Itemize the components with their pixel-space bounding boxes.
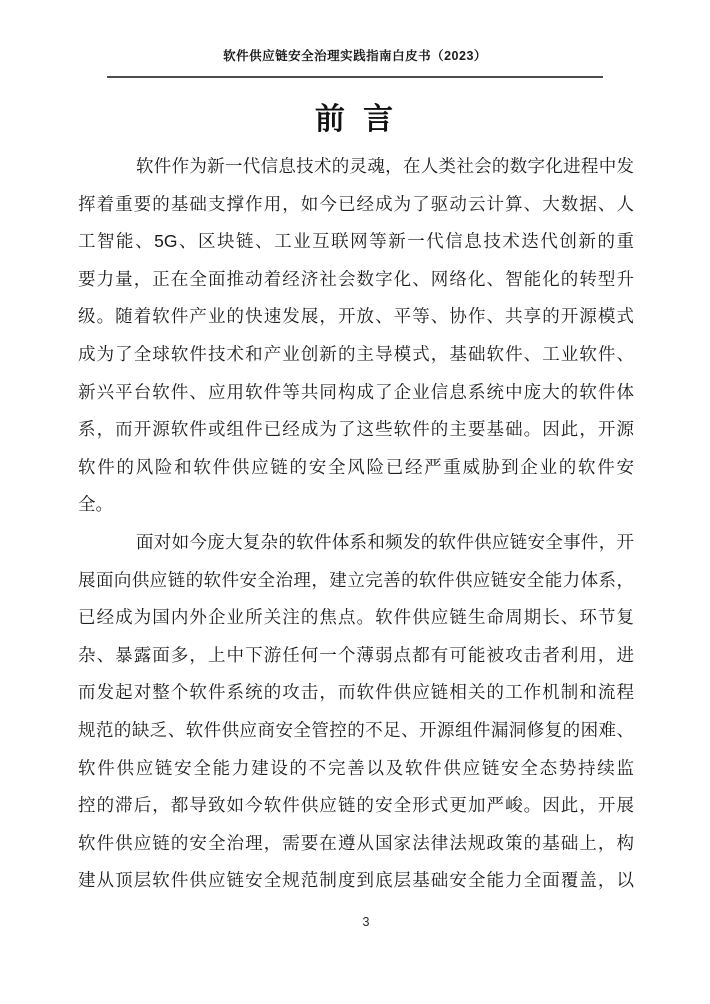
document-body: 软件作为新一代信息技术的灵魂，在人类社会的数字化进程中发挥着重要的基础支撑作用，… xyxy=(78,148,634,900)
body-line: 系，而开源软件或组件已经成为了这些软件的主要基础。因此，开源 xyxy=(78,411,634,449)
body-line: 建从顶层软件供应链安全规范制度到底层基础安全能力全面覆盖，以 xyxy=(78,862,634,900)
body-line: 软件作为新一代信息技术的灵魂，在人类社会的数字化进程中发 xyxy=(78,148,634,186)
header-title: 软件供应链安全治理实践指南白皮书（2023） xyxy=(0,46,710,64)
body-line: 杂、暴露面多，上中下游任何一个薄弱点都有可能被攻击者利用，进 xyxy=(78,637,634,675)
page-number: 3 xyxy=(22,915,710,929)
body-line: 面对如今庞大复杂的软件体系和频发的软件供应链安全事件，开 xyxy=(78,524,634,562)
body-line: 软件的风险和软件供应链的安全风险已经严重威胁到企业的软件安 xyxy=(78,449,634,487)
body-line: 级。随着软件产业的快速发展，开放、平等、协作、共享的开源模式 xyxy=(78,298,634,336)
body-line: 已经成为国内外企业所关注的焦点。软件供应链生命周期长、环节复 xyxy=(78,599,634,637)
body-line: 而发起对整个软件系统的攻击，而软件供应链相关的工作机制和流程 xyxy=(78,674,634,712)
body-line: 规范的缺乏、软件供应商安全管控的不足、开源组件漏洞修复的困难、 xyxy=(78,712,634,750)
body-line: 要力量，正在全面推动着经济社会数字化、网络化、智能化的转型升 xyxy=(78,261,634,299)
body-line: 新兴平台软件、应用软件等共同构成了企业信息系统中庞大的软件体 xyxy=(78,374,634,412)
body-line: 挥着重要的基础支撑作用，如今已经成为了驱动云计算、大数据、人 xyxy=(78,186,634,224)
body-line: 软件供应链的安全治理，需要在遵从国家法律法规政策的基础上，构 xyxy=(78,825,634,863)
body-line: 成为了全球软件技术和产业创新的主导模式，基础软件、工业软件、 xyxy=(78,336,634,374)
body-line: 全。 xyxy=(78,486,634,524)
header-rule xyxy=(107,76,603,78)
document-page: 软件供应链安全治理实践指南白皮书（2023） 前 言 软件作为新一代信息技术的灵… xyxy=(0,0,710,1004)
body-line: 控的滞后，都导致如今软件供应链的安全形式更加严峻。因此，开展 xyxy=(78,787,634,825)
body-line: 展面向供应链的软件安全治理，建立完善的软件供应链安全能力体系， xyxy=(78,562,634,600)
page-title: 前 言 xyxy=(0,94,710,138)
body-line: 软件供应链安全能力建设的不完善以及软件供应链安全态势持续监 xyxy=(78,750,634,788)
body-line: 工智能、5G、区块链、工业互联网等新一代信息技术迭代创新的重 xyxy=(78,223,634,261)
